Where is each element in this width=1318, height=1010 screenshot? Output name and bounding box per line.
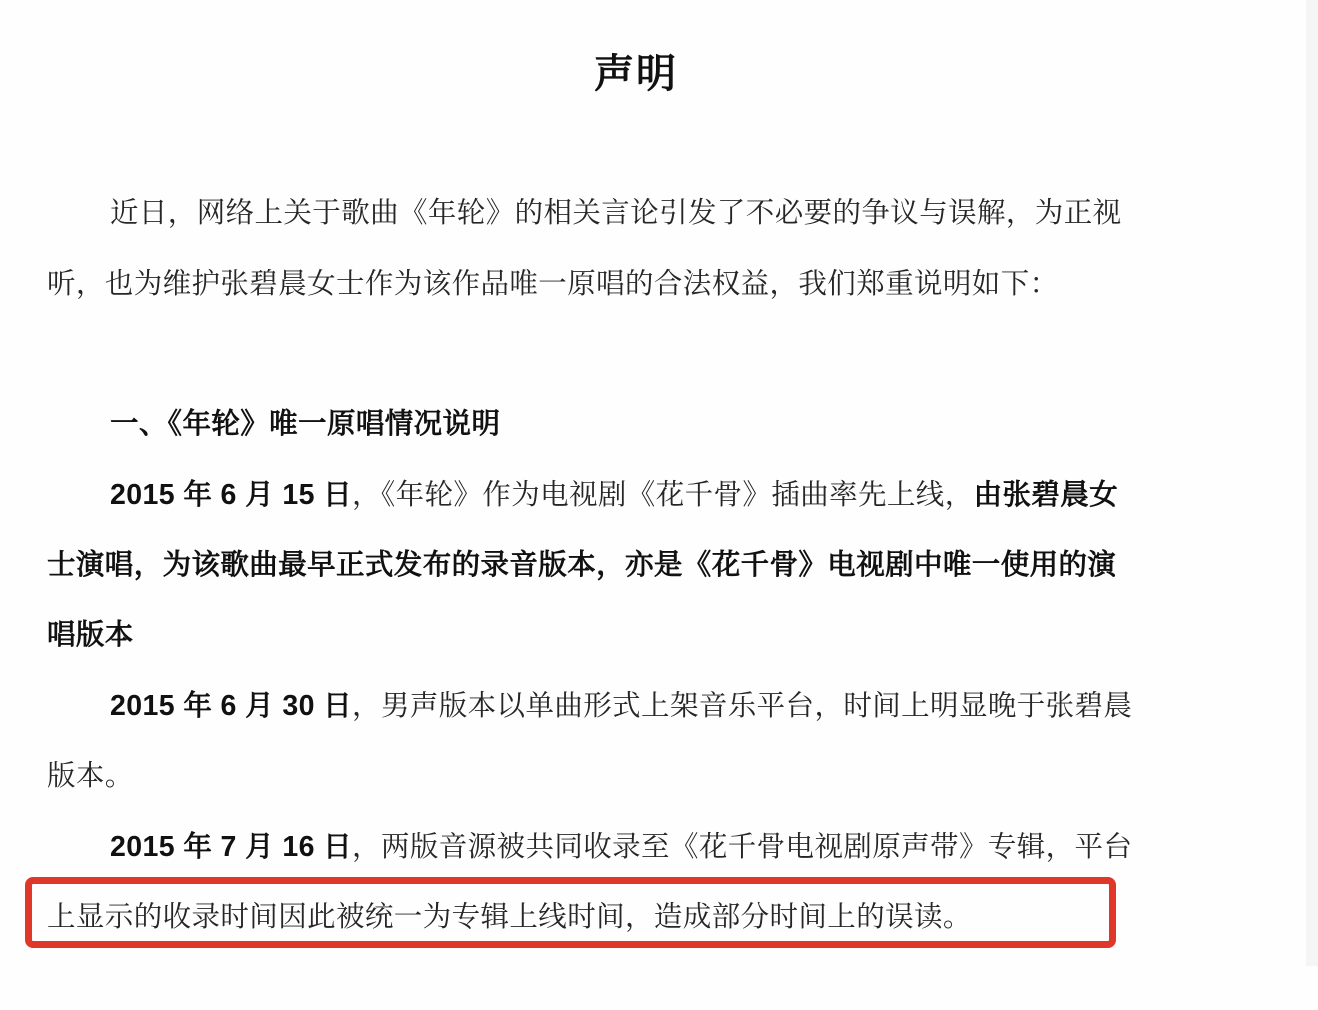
entry-1-line-1: 2015 年 6 月 15 日，《年轮》作为电视剧《花千骨》插曲率先上线，由张碧… xyxy=(110,475,1118,515)
entry-2-line-2: 版本。 xyxy=(47,756,134,796)
entry-3-line-1: 2015 年 7 月 16 日，两版音源被共同收录至《花千骨电视剧原声带》专辑，… xyxy=(110,827,1132,867)
page-edge-strip xyxy=(1306,0,1318,966)
entry-1-line-3: 唱版本 xyxy=(47,615,134,655)
section-1-heading: 一、《年轮》唯一原唱情况说明 xyxy=(110,404,500,444)
entry-2-text: ，男声版本以单曲形式上架音乐平台，时间上明显晚于张碧晨 xyxy=(352,689,1132,722)
entry-1-text-bold: 由张碧晨女 xyxy=(974,478,1119,511)
entry-2-line-1: 2015 年 6 月 30 日，男声版本以单曲形式上架音乐平台，时间上明显晚于张… xyxy=(110,686,1132,726)
entry-3-text: ，两版音源被共同收录至《花千骨电视剧原声带》专辑，平台 xyxy=(352,830,1132,863)
entry-1-date: 2015 年 6 月 15 日 xyxy=(110,479,352,511)
entry-3-date: 2015 年 7 月 16 日 xyxy=(110,831,352,863)
entry-1-line-2: 士演唱，为该歌曲最早正式发布的录音版本，亦是《花千骨》电视剧中唯一使用的演 xyxy=(47,545,1116,585)
document-title: 声明 xyxy=(0,42,1272,99)
entry-1-text: ，《年轮》作为电视剧《花千骨》插曲率先上线， xyxy=(352,478,974,511)
document-page: 声明 近日，网络上关于歌曲《年轮》的相关言论引发了不必要的争议与误解，为正视 听… xyxy=(0,0,1306,1010)
entry-2-date: 2015 年 6 月 30 日 xyxy=(110,690,352,722)
red-highlight-annotation xyxy=(25,877,1116,948)
intro-line-2: 听，也为维护张碧晨女士作为该作品唯一原唱的合法权益，我们郑重说明如下： xyxy=(47,264,1059,304)
intro-line-1: 近日，网络上关于歌曲《年轮》的相关言论引发了不必要的争议与误解，为正视 xyxy=(110,193,1122,233)
